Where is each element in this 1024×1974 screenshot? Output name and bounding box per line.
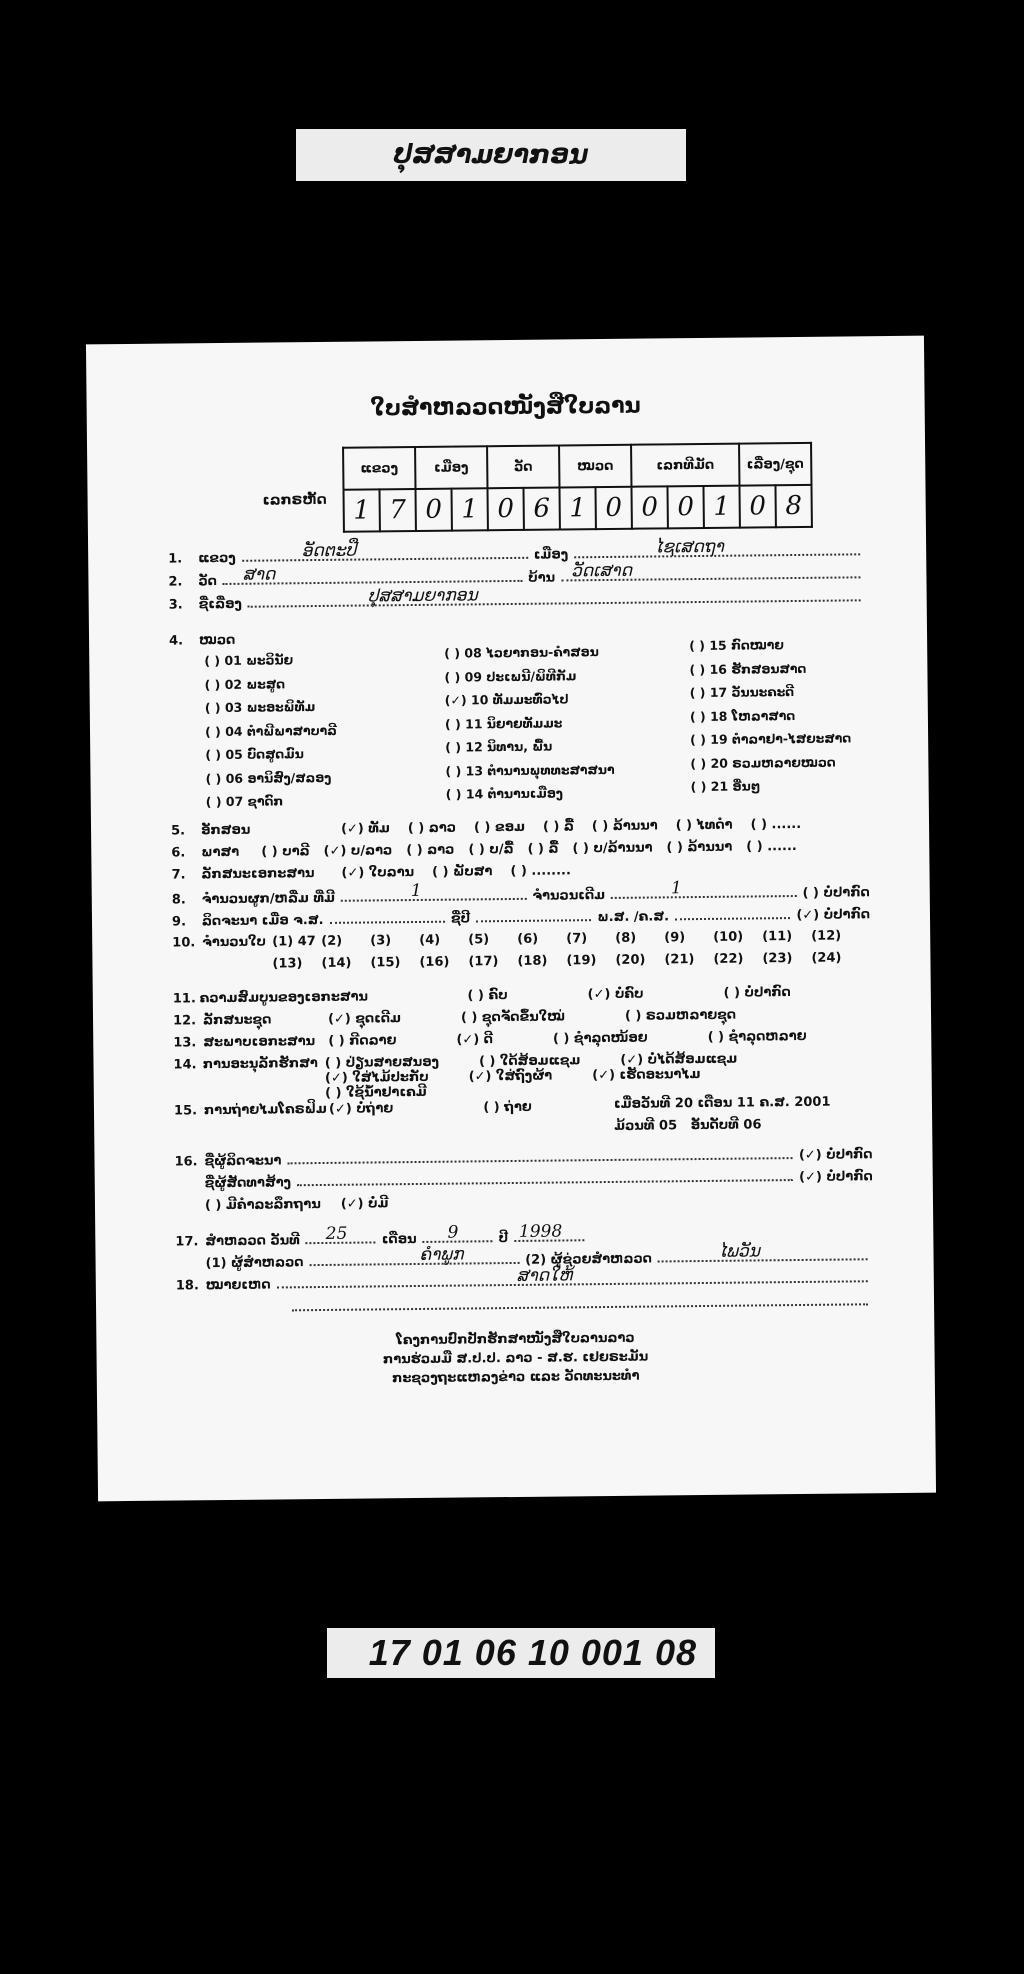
checkbox-option: ( ) ຂອມ bbox=[474, 820, 525, 836]
code-header: ເມືອງ bbox=[415, 446, 487, 489]
date-unknown: (✓) ບໍ່ປາກົດ bbox=[796, 907, 870, 923]
leaf-count: (2) bbox=[321, 933, 370, 949]
original-count-label: ຈຳນວນເດີມ bbox=[532, 888, 605, 904]
leaf-count: (18) bbox=[517, 953, 566, 969]
settype-label: ລັກສນະຊຸດ bbox=[203, 1012, 328, 1028]
field-num: 11. bbox=[173, 991, 200, 1006]
category-label: ໝວດ bbox=[199, 633, 235, 648]
checkbox-option: ( ) ບ/ລື້ bbox=[468, 842, 513, 857]
category-col-2: ( ) 08 ໄວຍາກອນ-ຄຳສອນ( ) 09 ປະເພນີ/ພິທີກັ… bbox=[444, 644, 615, 810]
condition-options: ( ) ກີດລາຍ(✓) ດີ( ) ຊຳລຸດໜ້ອຍ( ) ຊຳລຸດຫລ… bbox=[328, 1028, 866, 1049]
form-footer: ໂຄງການປົກປັກຮັກສາໜັງສືໃບລານລາວ ການຮ່ວມມື… bbox=[96, 1326, 935, 1392]
field-num: 7. bbox=[171, 867, 201, 882]
sponsor-label: ຊື່ຜູ້ສັດທາສ້າງ bbox=[205, 1175, 291, 1191]
checkbox-option: (✓) ຊຸດເດີມ bbox=[328, 1011, 401, 1027]
year-name-label: ຊື່ປີ bbox=[451, 911, 470, 926]
leaves-label: ຈຳນວນໃບ bbox=[202, 935, 272, 951]
author-unknown: (✓) ບໍ່ປາກົດ bbox=[799, 1147, 873, 1163]
colophon-yes: ( ) ມີຄຳລະລຶກຖານ bbox=[205, 1197, 321, 1213]
temple-label: ວັດ bbox=[198, 574, 217, 589]
title-value: ປຸສສາມຍາກອນ bbox=[368, 585, 478, 606]
checkbox-option: ( ) ລ້ານນາ bbox=[666, 840, 732, 856]
category-option: ( ) 11 ນິຍາຍທັມມະ bbox=[445, 714, 614, 739]
category-option: ( ) 18 ໂຫລາສາດ bbox=[690, 707, 851, 732]
survey-form-sheet: ໃບສຳຫລວດໜັງສືໃບລານ ເລກຣຫັດ ແຂວງເມືອງວັດໝ… bbox=[86, 336, 936, 1502]
category-option: ( ) 15 ກົດໝາຍ bbox=[689, 636, 850, 661]
field-num: 14. bbox=[173, 1057, 202, 1072]
completeness-row: 11. ຄວາມສົມບູນຂອງເອກະສານ ( ) ຄົບ(✓) ບໍ່ຄ… bbox=[173, 984, 871, 1006]
code-digit: 7 bbox=[379, 489, 415, 531]
checkbox-option: (✓) ບ/ລາວ bbox=[324, 843, 393, 859]
code-digit: 8 bbox=[775, 485, 811, 527]
temple-value: ສາດ bbox=[243, 564, 276, 584]
checkbox-option: ( ) ລື້ bbox=[543, 819, 574, 834]
survey-date-row: 17. ສຳຫລວດ ວັນທີ 25 ເດືອນ 9 ປີ 1998 bbox=[175, 1224, 873, 1249]
checkbox-option: (✓) ໃສ່ໄມ້ປະກັບ bbox=[325, 1070, 429, 1086]
checkbox-option: (✓) ທັມ bbox=[341, 821, 390, 837]
checkbox-option: ( ) ລື້ bbox=[527, 841, 558, 856]
original-count-value: 1 bbox=[671, 878, 682, 898]
field-num: 2. bbox=[168, 574, 198, 589]
checkbox-option: ( ) ຊຸດຈັດຂຶ້ນໃໝ່ bbox=[461, 1009, 565, 1025]
leaf-count: (13) bbox=[272, 956, 321, 972]
village-label: ບ້ານ bbox=[528, 571, 555, 586]
surveyor-value: ຄຳພູກ bbox=[419, 1245, 463, 1265]
remarks-value: ສາດໃຫ້ bbox=[516, 1265, 572, 1286]
category-option: ( ) 03 ພະອະພິທັມ bbox=[205, 699, 337, 724]
checkbox-option: ( ) ຣວມຫລາຍຊຸດ bbox=[625, 1008, 736, 1024]
checkbox-option: ( ) ........ bbox=[510, 863, 571, 879]
code-header: ເລກທີມັດ bbox=[631, 444, 739, 487]
checkbox-option: ( ) ບໍ່ປາກົດ bbox=[723, 985, 790, 1001]
code-digit: 0 bbox=[415, 489, 451, 531]
code-digit: 0 bbox=[739, 485, 775, 527]
checkbox-option: ( ) ປ່ຽນສາຍສນອງ bbox=[325, 1055, 439, 1071]
be-ad-label: ພ.ສ. /ຄ.ສ. bbox=[597, 909, 669, 925]
leaf-count: (22) bbox=[713, 951, 762, 967]
date-cs-label: ລິດຈະນາ ເມື່ອ ຈ.ສ. bbox=[202, 913, 324, 929]
remarks-row: 18. ໝາຍເຫດ ສາດໃຫ້ bbox=[176, 1268, 874, 1293]
script-label: ອັກສອນ bbox=[201, 822, 341, 838]
leaf-count: (10) bbox=[713, 929, 762, 945]
category-option: ( ) 07 ຊາດົກ bbox=[206, 793, 338, 818]
code-label: ເລກຣຫັດ bbox=[263, 492, 327, 509]
leaf-count: (16) bbox=[419, 954, 468, 970]
field-num: 12. bbox=[173, 1013, 203, 1028]
field-title-row: 3. ຊື່ເລື່ອງ ປຸສສາມຍາກອນ bbox=[169, 587, 867, 612]
survey-month: 9 bbox=[447, 1223, 458, 1243]
leaves-row: 10. ຈຳນວນໃບ (1) 47(2)(3)(4)(5)(6)(7)(8)(… bbox=[172, 928, 870, 950]
checkbox-option: (✓) ດີ bbox=[456, 1032, 493, 1047]
material-options: (✓) ໃບລານ( ) ພັບສາ( ) ........ bbox=[341, 863, 589, 881]
author-label: ຊື່ຜູ້ລິດຈະນາ bbox=[204, 1153, 281, 1169]
province-value: ອັດຕະປື bbox=[302, 541, 357, 562]
settype-options: (✓) ຊຸດເດີມ( ) ຊຸດຈັດຂຶ້ນໃໝ່( ) ຣວມຫລາຍຊ… bbox=[328, 1007, 796, 1027]
script-options: (✓) ທັມ( ) ລາວ( ) ຂອມ( ) ລື້( ) ລ້ານນາ( … bbox=[341, 817, 819, 837]
category-option: ( ) 14 ຕຳນານເມືອງ bbox=[446, 785, 615, 810]
checkbox-option: ( ) ບາລີ bbox=[261, 844, 309, 860]
code-header: ແຂວງ bbox=[343, 447, 415, 490]
survey-date-label: ສຳຫລວດ ວັນທີ bbox=[205, 1233, 300, 1249]
leaf-count: (21) bbox=[664, 952, 713, 968]
checkbox-option: ( ) ໃຊ້ນ້ຳຢາເຄມີ bbox=[325, 1085, 427, 1101]
code-header: ເລື່ອງ/ຊຸດ bbox=[739, 443, 811, 486]
checkbox-option: ( ) ໃດ້ສ້ອມແຊມ bbox=[479, 1053, 580, 1069]
category-col-1: ( ) 01 ພະວິນັຍ( ) 02 ພະສູດ( ) 03 ພະອະພິທ… bbox=[204, 652, 338, 818]
author-row: 16. ຊື່ຜູ້ລິດຈະນາ (✓) ບໍ່ປາກົດ bbox=[174, 1144, 872, 1169]
code-header: ວັດ bbox=[487, 445, 559, 488]
category-option: ( ) 09 ປະເພນີ/ພິທີກັມ bbox=[444, 667, 613, 692]
leaf-count: (23) bbox=[762, 951, 811, 967]
category-option: ( ) 04 ຕຳພີພາສາບາລີ bbox=[205, 722, 337, 747]
checkbox-option: ( ) ລາວ bbox=[408, 821, 456, 837]
checkbox-option: (✓) ໃບລານ bbox=[341, 865, 414, 881]
field-num: 6. bbox=[171, 845, 201, 860]
code-digit: 1 bbox=[451, 488, 487, 530]
field-num: 10. bbox=[172, 935, 202, 950]
category-option: ( ) 21 ອື່ນໆ bbox=[691, 777, 852, 802]
condition-row: 13. ສະພາບເອກະສານ ( ) ກີດລາຍ(✓) ດີ( ) ຊຳລ… bbox=[173, 1028, 871, 1050]
checkbox-option: (✓) ບໍ່ໄດ້ສ້ອມແຊມ bbox=[620, 1052, 737, 1068]
field-num: 1. bbox=[168, 551, 198, 566]
microfilm-options: (✓) ບໍ່ຖ່າຍ( ) ຖ່າຍ bbox=[329, 1099, 622, 1117]
category-option: (✓) 10 ທັມມະທົ່ວໄປ bbox=[445, 691, 614, 716]
district-value: ໄຊເສດຖາ bbox=[654, 537, 724, 558]
field-num: 4. bbox=[169, 633, 199, 648]
form-title: ໃບສຳຫລວດໜັງສືໃບລານ bbox=[87, 391, 925, 425]
district-label: ເມືອງ bbox=[534, 547, 569, 562]
category-option: ( ) 19 ຕຳລາຢາ-ໄສຍະສາດ bbox=[690, 730, 851, 755]
checkbox-option: (✓) ໃສ່ຖົງຜ້າ bbox=[469, 1069, 553, 1085]
language-options: ( ) ບາລີ(✓) ບ/ລາວ( ) ລາວ( ) ບ/ລື້( ) ລື້… bbox=[261, 839, 811, 860]
category-option: ( ) 16 ຮັກສອນສາດ bbox=[689, 660, 850, 685]
code-digit: 0 bbox=[631, 486, 667, 528]
leaf-count: (6) bbox=[517, 931, 566, 947]
checkbox-option: (✓) ເຮັດອະນາໄມ bbox=[592, 1067, 700, 1083]
category-option: ( ) 20 ຣວມຫລາຍໝວດ bbox=[690, 754, 851, 779]
survey-day: 25 bbox=[326, 1224, 348, 1244]
code-digit: 6 bbox=[523, 487, 559, 529]
code-digit: 0 bbox=[595, 487, 631, 529]
category-option: ( ) 13 ຕຳນານພຸທທະສາສນາ bbox=[445, 761, 614, 786]
document-title-label: ປຸສສາມຍາກອນ bbox=[296, 129, 686, 181]
preservation-label: ການອະນຸລັກຮັກສາ bbox=[203, 1056, 325, 1072]
leaf-count: (12) bbox=[811, 928, 860, 944]
checkbox-option: ( ) ...... bbox=[751, 817, 802, 833]
field-num: 15. bbox=[174, 1103, 204, 1118]
leaf-count: (15) bbox=[370, 955, 419, 971]
survey-year: 1998 bbox=[519, 1221, 562, 1241]
checkbox-option: ( ) ຖ່າຍ bbox=[483, 1100, 532, 1116]
code-digit: 0 bbox=[487, 488, 523, 530]
material-row: 7. ລັກສນະເອກະສານ (✓) ໃບລານ( ) ພັບສາ( ) .… bbox=[171, 860, 869, 882]
checkbox-option: ( ) ກີດລາຍ bbox=[328, 1033, 396, 1049]
checkbox-option: ( ) ...... bbox=[746, 839, 797, 855]
leaf-count: (11) bbox=[762, 929, 811, 945]
field-temple-row: 2. ວັດ ສາດ ບ້ານ ວັດເສາດ bbox=[168, 564, 866, 589]
remarks-line-2 bbox=[286, 1291, 874, 1311]
preservation-options: ( ) ປ່ຽນສາຍສນອງ( ) ໃດ້ສ້ອມແຊມ(✓) ບໍ່ໄດ້ສ… bbox=[325, 1050, 872, 1101]
sponsor-unknown: (✓) ບໍ່ປາກົດ bbox=[799, 1169, 873, 1185]
field-num: 18. bbox=[176, 1278, 206, 1293]
checkbox-option: ( ) ຊຳລຸດຫລາຍ bbox=[708, 1029, 807, 1045]
code-digit: 1 bbox=[703, 486, 739, 528]
category-option: ( ) 06 ອານິສົງ/ສລອງ bbox=[205, 769, 337, 794]
reference-number-label: 17 01 06 10 001 08 bbox=[327, 1628, 715, 1678]
microfilm-label: ການຖ່າຍໄມໂຄຣຟິມ bbox=[204, 1102, 329, 1118]
bundles-value: 1 bbox=[411, 881, 422, 901]
leaf-count: (3) bbox=[370, 933, 419, 949]
sponsor-row: ຊື່ຜູ້ສັດທາສ້າງ (✓) ບໍ່ປາກົດ bbox=[205, 1166, 873, 1191]
completeness-label: ຄວາມສົມບູນຂອງເອກະສານ bbox=[200, 988, 468, 1006]
leaf-count: (1) 47 bbox=[272, 934, 321, 950]
field-num: 8. bbox=[172, 892, 202, 907]
bundles-row: 8. ຈຳນວນຜູກ/ຫລື່ມ ທີ່ມີ 1 ຈຳນວນເດີມ 1 ( … bbox=[172, 882, 870, 907]
leaf-count: (9) bbox=[664, 930, 713, 946]
leaf-count: (14) bbox=[321, 955, 370, 971]
checkbox-option: ( ) ໄທດຳ bbox=[676, 818, 733, 834]
category-option: ( ) 05 ບົດສູດມົນ bbox=[205, 746, 337, 771]
remarks-label: ໝາຍເຫດ bbox=[206, 1278, 271, 1294]
checkbox-option: (✓) ບໍ່ຖ່າຍ bbox=[329, 1101, 393, 1117]
script-row: 5. ອັກສອນ (✓) ທັມ( ) ລາວ( ) ຂອມ( ) ລື້( … bbox=[171, 816, 869, 838]
code-digit: 0 bbox=[667, 486, 703, 528]
leaf-count: (24) bbox=[811, 950, 860, 966]
leaf-count: (17) bbox=[468, 954, 517, 970]
leaves-row-1: (1) 47(2)(3)(4)(5)(6)(7)(8)(9)(10)(11)(1… bbox=[272, 928, 860, 949]
language-label: ພາສາ bbox=[201, 845, 261, 861]
completeness-options: ( ) ຄົບ(✓) ບໍ່ຄົບ( ) ບໍ່ປາກົດ bbox=[467, 984, 870, 1003]
roll-number: ມ້ວນທີ 05 bbox=[614, 1118, 677, 1134]
microfilm-roll-frame: ມ້ວນທີ 05 ອັນດັບທີ 06 bbox=[614, 1117, 761, 1134]
bundles-unknown: ( ) ບໍ່ປາກົດ bbox=[802, 885, 869, 901]
code-header: ໝວດ bbox=[559, 445, 631, 488]
checkbox-option: ( ) ລາວ bbox=[406, 843, 454, 859]
checkbox-option: ( ) ບ/ລ້ານນາ bbox=[572, 841, 652, 857]
checkbox-option: ( ) ພັບສາ bbox=[432, 864, 492, 880]
leaf-count: (19) bbox=[566, 953, 615, 969]
province-label: ແຂວງ bbox=[198, 551, 236, 566]
category-option: ( ) 17 ວັນນະຄະດີ bbox=[690, 683, 851, 708]
leaf-count: (8) bbox=[615, 930, 664, 946]
assistant-value: ໄພວັນ bbox=[718, 1241, 760, 1261]
condition-label: ສະພາບເອກະສານ bbox=[203, 1034, 328, 1050]
field-num: 17. bbox=[175, 1234, 205, 1249]
leaves-row-2-values: (13)(14)(15)(16)(17)(18)(19)(20)(21)(22)… bbox=[272, 950, 860, 971]
bundles-label: ຈຳນວນຜູກ/ຫລື່ມ ທີ່ມີ bbox=[202, 891, 335, 907]
surveyor-label: (1) ຜູ້ສຳຫລວດ bbox=[206, 1255, 304, 1271]
category-option: ( ) 12 ນິທານ, ພື້ນ bbox=[445, 738, 614, 763]
checkbox-option: (✓) ບໍ່ຄົບ bbox=[588, 987, 644, 1003]
leaf-count: (4) bbox=[419, 932, 468, 948]
title-label: ຊື່ເລື່ອງ bbox=[199, 597, 242, 612]
code-table: ແຂວງເມືອງວັດໝວດເລກທີມັດເລື່ອງ/ຊຸດ 170106… bbox=[342, 442, 813, 533]
year-label: ປີ bbox=[499, 1231, 509, 1246]
field-num: 13. bbox=[173, 1035, 203, 1050]
leaves-row-2: (13)(14)(15)(16)(17)(18)(19)(20)(21)(22)… bbox=[272, 950, 870, 971]
settype-row: 12. ລັກສນະຊຸດ (✓) ຊຸດເດີມ( ) ຊຸດຈັດຂຶ້ນໃ… bbox=[173, 1006, 871, 1028]
field-province-row: 1. ແຂວງ ອັດຕະປື ເມືອງ ໄຊເສດຖາ bbox=[168, 541, 866, 566]
date-row: 9. ລິດຈະນາ ເມື່ອ ຈ.ສ. ຊື່ປີ ພ.ສ. /ຄ.ສ. (… bbox=[172, 904, 870, 929]
category-option: ( ) 01 ພະວິນັຍ bbox=[204, 652, 336, 677]
field-num: 9. bbox=[172, 914, 202, 929]
checkbox-option: ( ) ລ້ານນາ bbox=[592, 818, 658, 834]
frame-number: ອັນດັບທີ 06 bbox=[691, 1117, 762, 1133]
leaf-count: (7) bbox=[566, 931, 615, 947]
material-label: ລັກສນະເອກະສານ bbox=[201, 866, 341, 882]
field-num: 5. bbox=[171, 823, 201, 838]
checkbox-option: ( ) ຄົບ bbox=[467, 988, 507, 1003]
leaf-count: (5) bbox=[468, 932, 517, 948]
language-row: 6. ພາສາ ( ) ບາລີ(✓) ບ/ລາວ( ) ລາວ( ) ບ/ລື… bbox=[171, 838, 869, 860]
month-label: ເດືອນ bbox=[382, 1232, 417, 1247]
village-value: ວັດເສາດ bbox=[571, 561, 632, 582]
category-col-3: ( ) 15 ກົດໝາຍ( ) 16 ຮັກສອນສາດ( ) 17 ວັນນ… bbox=[689, 636, 852, 802]
colophon-row: ( ) ມີຄຳລະລຶກຖານ (✓) ບໍ່ມີ bbox=[205, 1191, 873, 1213]
field-num: 3. bbox=[169, 597, 199, 612]
code-digit: 1 bbox=[344, 489, 380, 531]
category-option: ( ) 08 ໄວຍາກອນ-ຄຳສອນ bbox=[444, 644, 613, 669]
leaf-count: (20) bbox=[615, 952, 664, 968]
field-num: 16. bbox=[174, 1154, 204, 1169]
code-digit: 1 bbox=[559, 487, 595, 529]
checkbox-option: ( ) ຊຳລຸດໜ້ອຍ bbox=[553, 1031, 648, 1047]
category-option: ( ) 02 ພະສູດ bbox=[204, 675, 336, 700]
colophon-no: (✓) ບໍ່ມີ bbox=[341, 1196, 389, 1211]
